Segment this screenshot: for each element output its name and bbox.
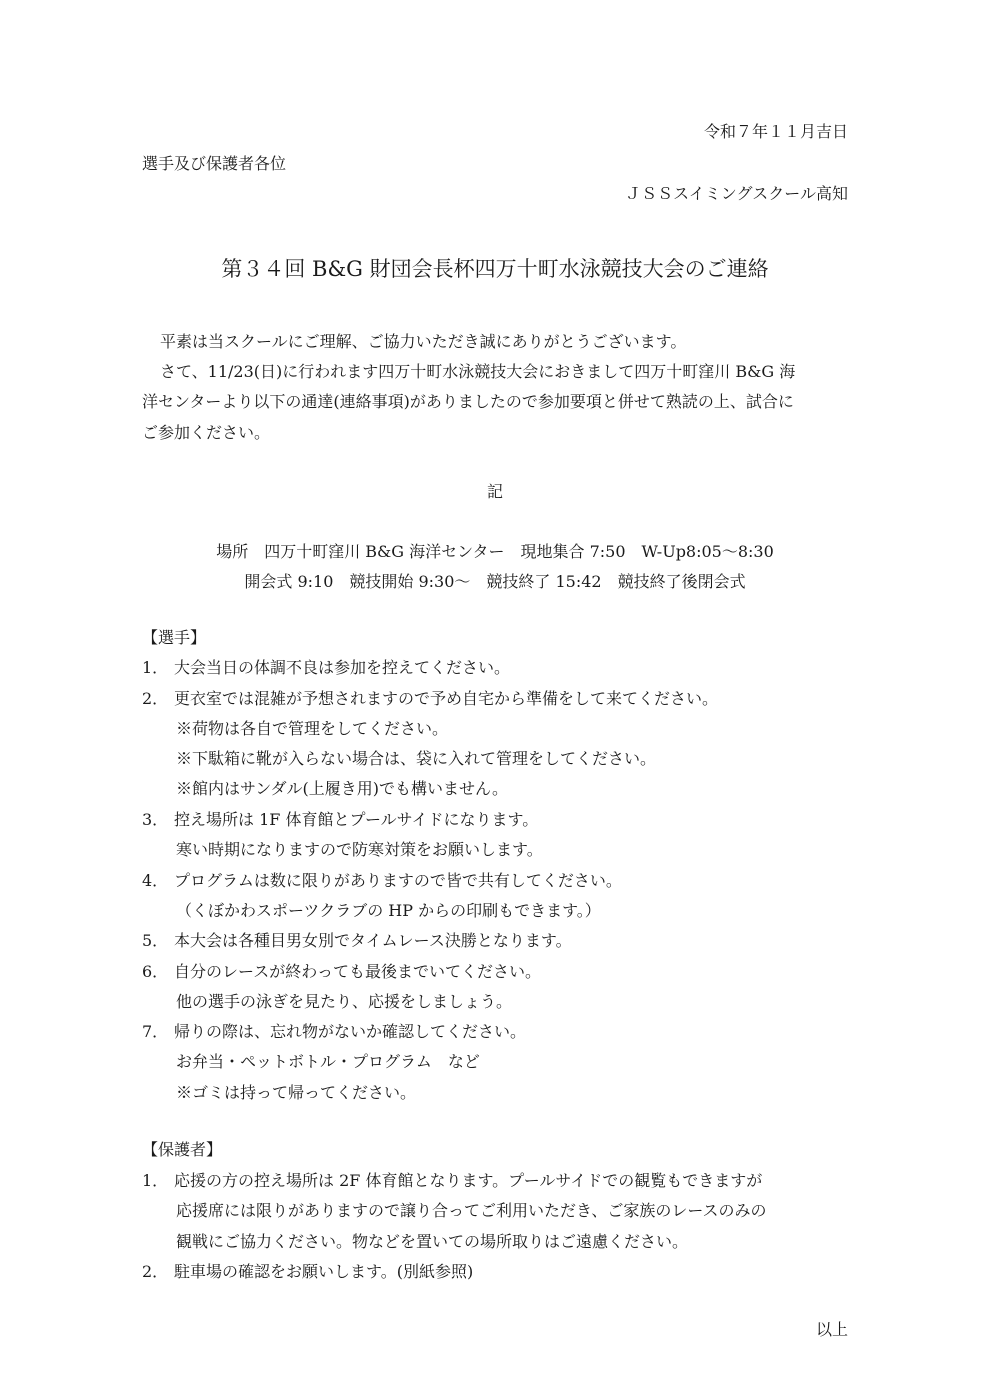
athletes-heading: 【選手】 [142,628,206,648]
ki-heading: 記 [0,482,990,502]
list-item-note: ※下駄箱に靴が入らない場合は、袋に入れて管理をしてください。 [176,749,656,769]
list-item: 1．応援の方の控え場所は 2F 体育館となります。プールサイドでの観覧もできます… [142,1171,762,1191]
item-text: 応援の方の控え場所は 2F 体育館となります。プールサイドでの観覧もできますが [174,1171,762,1190]
closing-text: 以上 [816,1320,848,1340]
item-text: 控え場所は 1F 体育館とプールサイドになります。 [174,810,538,829]
document-title: 第３４回 B&G 財団会長杯四万十町水泳競技大会のご連絡 [0,256,990,282]
list-item: 1．大会当日の体調不良は参加を控えてください。 [142,658,510,678]
list-item-note: お弁当・ペットボトル・プログラム など [176,1052,480,1072]
item-number: 4． [142,871,174,891]
item-number: 7． [142,1022,174,1042]
sender: ＪＳＳスイミングスクール高知 [625,184,848,204]
item-number: 1． [142,658,174,678]
list-item: 2．駐車場の確認をお願いします。(別紙参照) [142,1262,473,1282]
recipient: 選手及び保護者各位 [142,154,286,174]
item-text: 大会当日の体調不良は参加を控えてください。 [174,658,510,677]
details-line-1: 場所 四万十町窪川 B&G 海洋センター 現地集合 7:50 W-Up8:05～… [0,542,990,562]
list-item-note: ※ゴミは持って帰ってください。 [176,1083,416,1103]
intro-line-3: 洋センターより以下の通達(連絡事項)がありましたので参加要項と併せて熟読の上、試… [142,392,794,412]
list-item-note: ※荷物は各自で管理をしてください。 [176,719,448,739]
list-item-note: 他の選手の泳ぎを見たり、応援をしましょう。 [176,992,512,1012]
item-number: 6． [142,962,174,982]
list-item: 3．控え場所は 1F 体育館とプールサイドになります。 [142,810,538,830]
guardians-heading: 【保護者】 [142,1140,222,1160]
list-item: 4．プログラムは数に限りがありますので皆で共有してください。 [142,871,622,891]
item-text: 帰りの際は、忘れ物がないか確認してください。 [174,1022,526,1041]
list-item: 6．自分のレースが終わっても最後までいてください。 [142,962,541,982]
item-text: 自分のレースが終わっても最後までいてください。 [174,962,541,981]
item-text: 更衣室では混雑が予想されますので予め自宅から準備をして来てください。 [174,689,718,708]
list-item-note: 観戦にご協力ください。物などを置いての場所取りはご遠慮ください。 [176,1232,688,1252]
details-line-2: 開会式 9:10 競技開始 9:30～ 競技終了 15:42 競技終了後閉会式 [0,572,990,592]
list-item: 5．本大会は各種目男女別でタイムレース決勝となります。 [142,931,572,951]
item-text: プログラムは数に限りがありますので皆で共有してください。 [174,871,622,890]
item-text: 駐車場の確認をお願いします。(別紙参照) [174,1262,473,1281]
item-text: 本大会は各種目男女別でタイムレース決勝となります。 [174,931,572,950]
item-number: 5． [142,931,174,951]
list-item: 7．帰りの際は、忘れ物がないか確認してください。 [142,1022,526,1042]
list-item: 2．更衣室では混雑が予想されますので予め自宅から準備をして来てください。 [142,689,718,709]
list-item-note: （くぼかわスポーツクラブの HP からの印刷もできます。） [176,901,601,921]
list-item-note: 応援席には限りがありますので譲り合ってご利用いただき、ご家族のレースのみの [176,1201,767,1221]
item-number: 2． [142,689,174,709]
item-number: 1． [142,1171,174,1191]
intro-line-1: 平素は当スクールにご理解、ご協力いただき誠にありがとうございます。 [160,332,686,352]
list-item-note: 寒い時期になりますので防寒対策をお願いします。 [176,840,543,860]
list-item-note: ※館内はサンダル(上履き用)でも構いません。 [176,779,508,799]
intro-line-2: さて、11/23(日)に行われます四万十町水泳競技大会におきまして四万十町窪川 … [160,362,795,382]
item-number: 2． [142,1262,174,1282]
item-number: 3． [142,810,174,830]
intro-line-4: ご参加ください。 [142,423,270,443]
document-date: 令和７年１１月吉日 [704,122,848,142]
